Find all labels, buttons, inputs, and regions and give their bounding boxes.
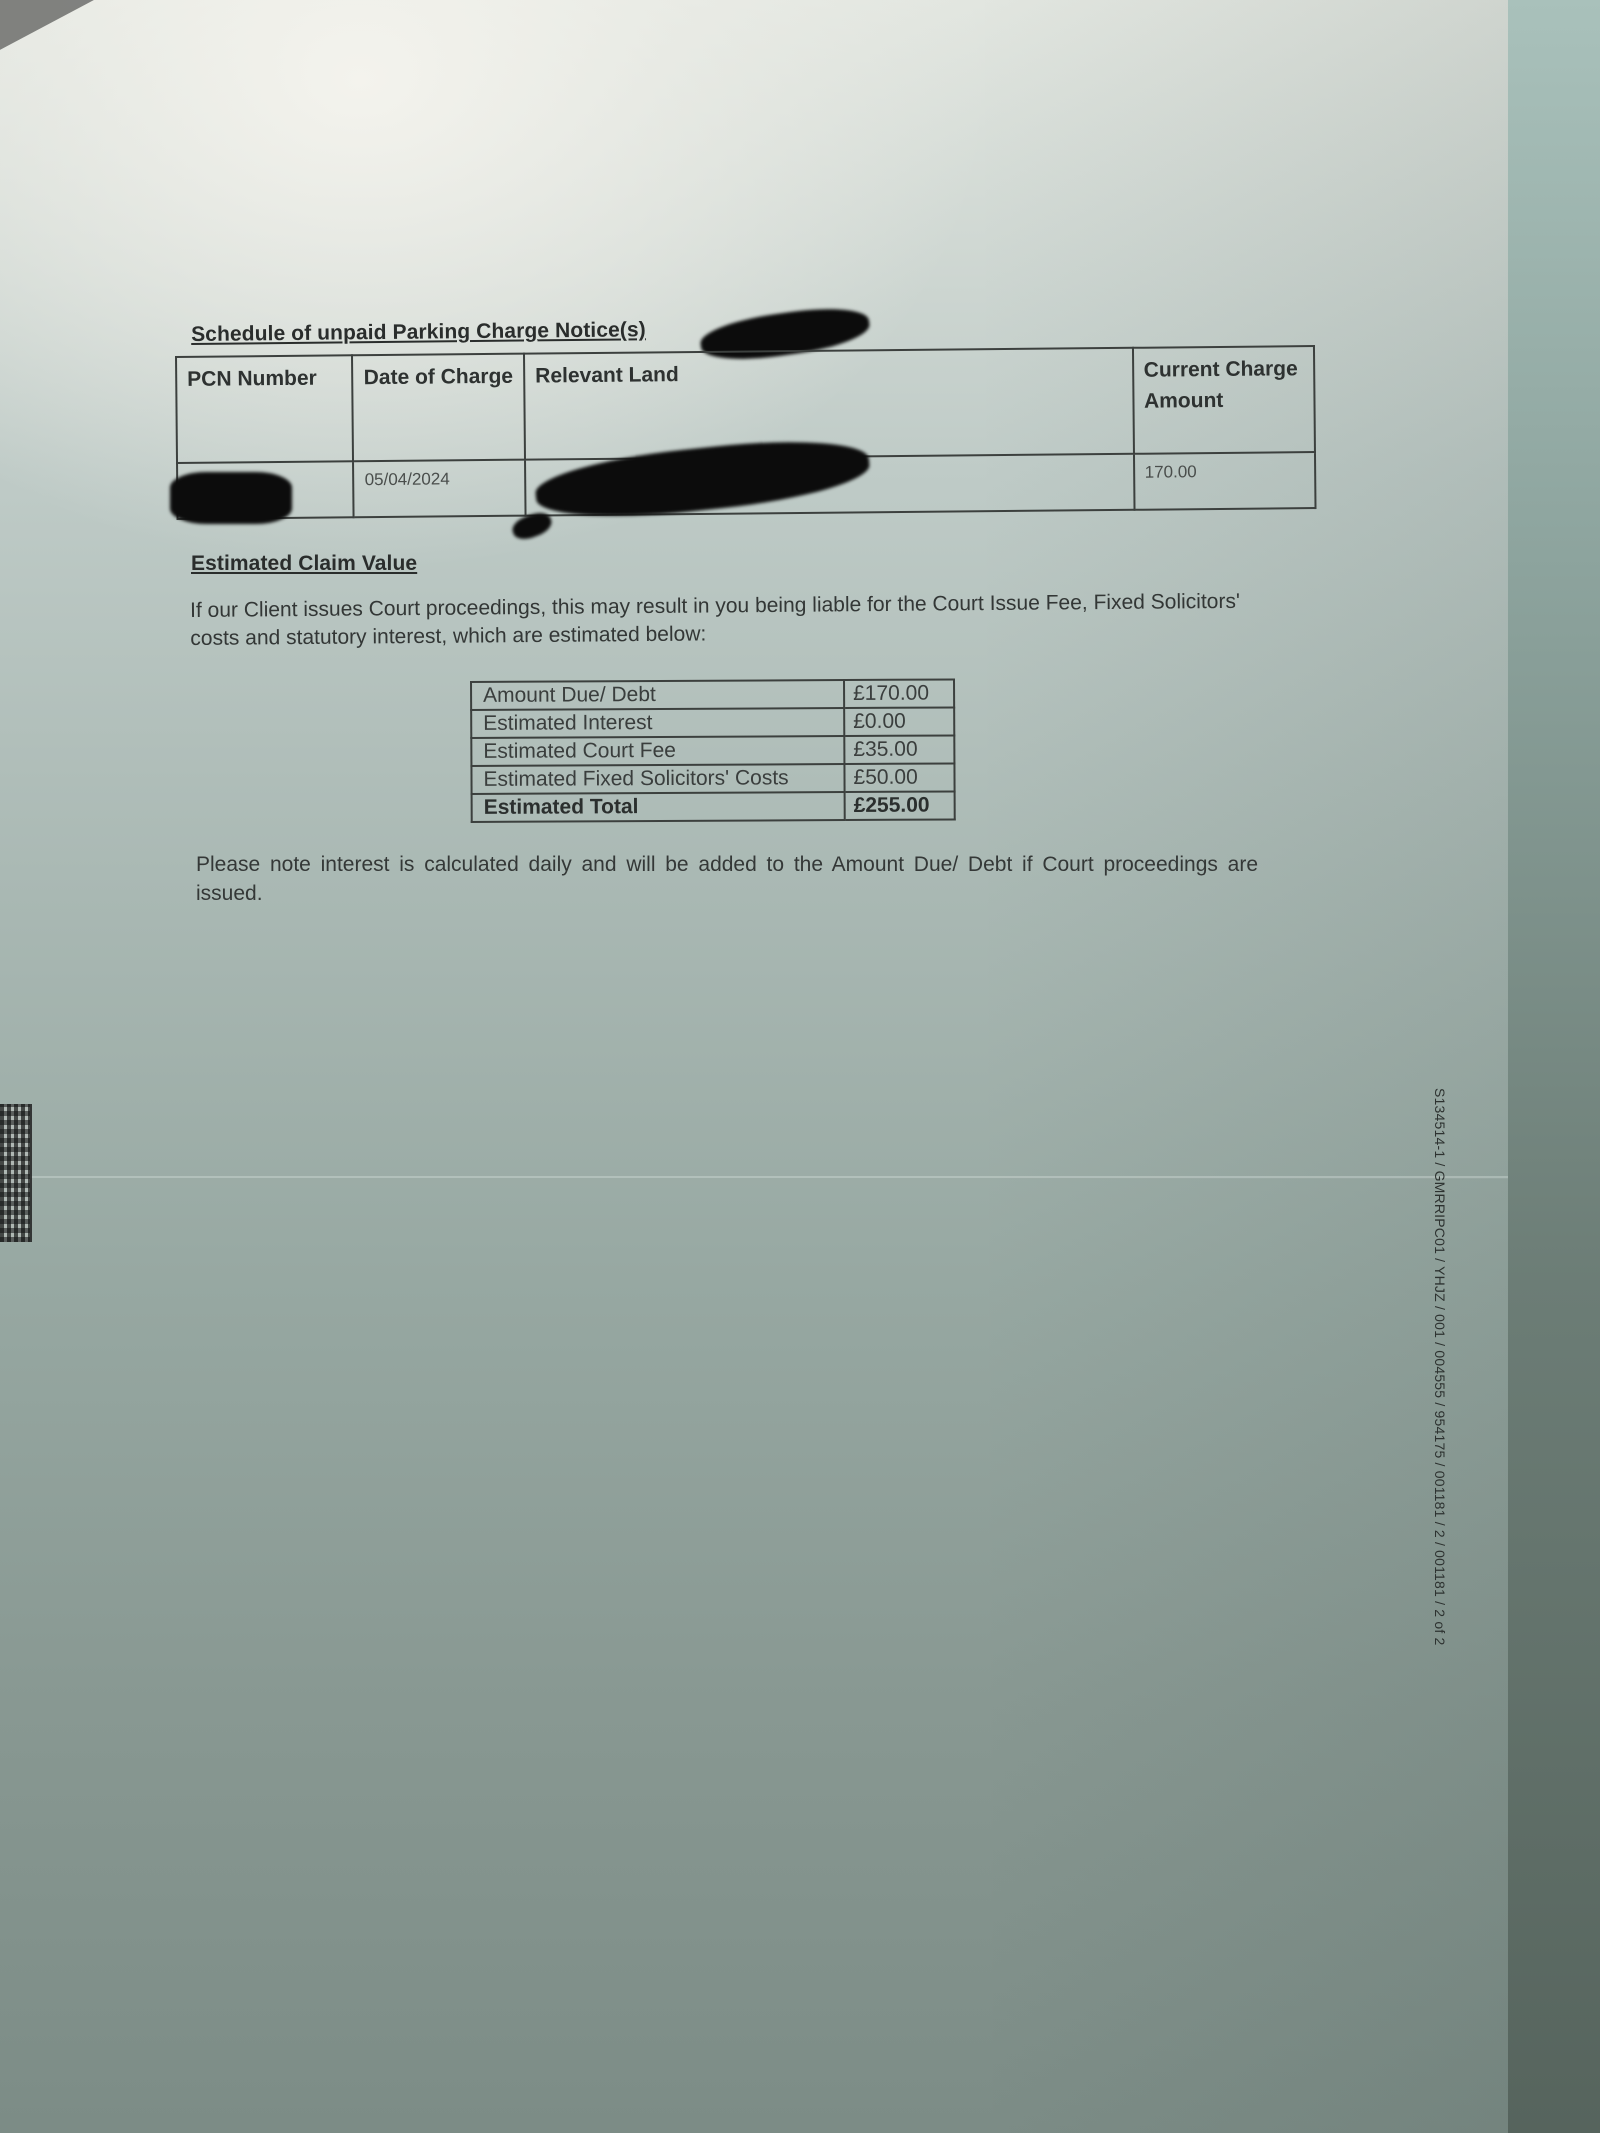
total-value: £255.00	[845, 791, 955, 820]
claim-heading: Estimated Claim Value	[191, 552, 417, 576]
cell-current-charge-amount: 170.00	[1134, 452, 1316, 510]
row-value: £35.00	[844, 735, 954, 764]
table-row: Estimated Court Fee £35.00	[471, 735, 954, 766]
redaction-pcn-number	[170, 472, 292, 524]
column-header-date-of-charge: Date of Charge	[352, 354, 525, 462]
column-header-pcn-number: PCN Number	[176, 355, 353, 463]
side-reference-code: S134514-1 / GMRRIPC01 / YHJZ / 001 / 004…	[1432, 1088, 1448, 1646]
row-label: Estimated Interest	[471, 708, 844, 738]
row-value: £50.00	[844, 763, 954, 792]
row-label: Amount Due/ Debt	[471, 680, 844, 710]
row-label: Estimated Court Fee	[471, 736, 844, 766]
estimated-claim-table: Amount Due/ Debt £170.00 Estimated Inter…	[470, 678, 956, 823]
barcode-icon	[0, 1104, 32, 1242]
row-label: Estimated Fixed Solicitors' Costs	[471, 764, 844, 794]
total-label: Estimated Total	[472, 792, 845, 822]
row-value: £170.00	[844, 679, 954, 708]
row-value: £0.00	[844, 707, 954, 736]
table-row: Amount Due/ Debt £170.00	[471, 679, 954, 710]
table-row: Estimated Fixed Solicitors' Costs £50.00	[471, 763, 954, 794]
cell-date-of-charge: 05/04/2024	[353, 460, 525, 518]
column-header-current-charge-amount: Current Charge Amount	[1132, 346, 1314, 454]
schedule-heading: Schedule of unpaid Parking Charge Notice…	[191, 318, 646, 347]
claim-intro-text: If our Client issues Court proceedings, …	[190, 588, 1270, 653]
table-row: Estimated Interest £0.00	[471, 707, 954, 738]
interest-note: Please note interest is calculated daily…	[196, 850, 1258, 908]
table-row-total: Estimated Total £255.00	[472, 791, 955, 822]
document-content: Schedule of unpaid Parking Charge Notice…	[0, 0, 1600, 2133]
